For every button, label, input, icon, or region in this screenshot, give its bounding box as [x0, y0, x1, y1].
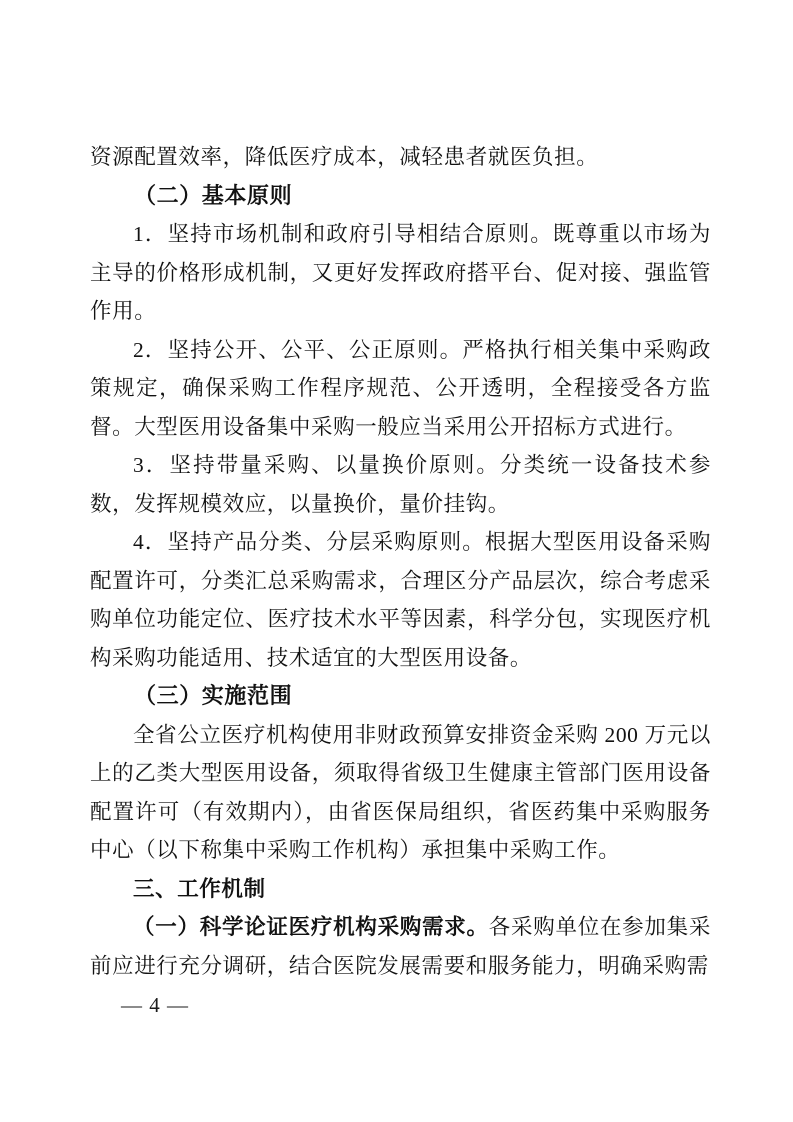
paragraph-principle-3: 3．坚持带量采购、以量换价原则。分类统一设备技术参数，发挥规模效应，以量换价，量… [90, 446, 711, 523]
paragraph-lead-bold: （一）科学论证医疗机构采购需求。 [133, 915, 489, 939]
paragraph-principle-4: 4．坚持产品分类、分层采购原则。根据大型医用设备采购配置许可，分类汇总采购需求，… [90, 523, 711, 677]
paragraph-continuation: 资源配置效率，降低医疗成本，减轻患者就医负担。 [90, 138, 711, 177]
section-heading-implementation-scope: （三）实施范围 [90, 677, 711, 716]
page-number: — 4 — [121, 988, 189, 1022]
document-body: 资源配置效率，降低医疗成本，减轻患者就医负担。 （二）基本原则 1．坚持市场机制… [90, 138, 711, 985]
document-page: 资源配置效率，降低医疗成本，减轻患者就医负担。 （二）基本原则 1．坚持市场机制… [0, 0, 793, 1122]
section-heading-basic-principles: （二）基本原则 [90, 177, 711, 216]
paragraph-scope: 全省公立医疗机构使用非财政预算安排资金采购 200 万元以上的乙类大型医用设备，… [90, 716, 711, 870]
paragraph-principle-1: 1．坚持市场机制和政府引导相结合原则。既尊重以市场为主导的价格形成机制，又更好发… [90, 215, 711, 331]
paragraph-work-mechanism-1: （一）科学论证医疗机构采购需求。各采购单位在参加集采前应进行充分调研，结合医院发… [90, 908, 711, 985]
paragraph-principle-2: 2．坚持公开、公平、公正原则。严格执行相关集中采购政策规定，确保采购工作程序规范… [90, 331, 711, 447]
chapter-heading-work-mechanism: 三、工作机制 [90, 870, 711, 909]
